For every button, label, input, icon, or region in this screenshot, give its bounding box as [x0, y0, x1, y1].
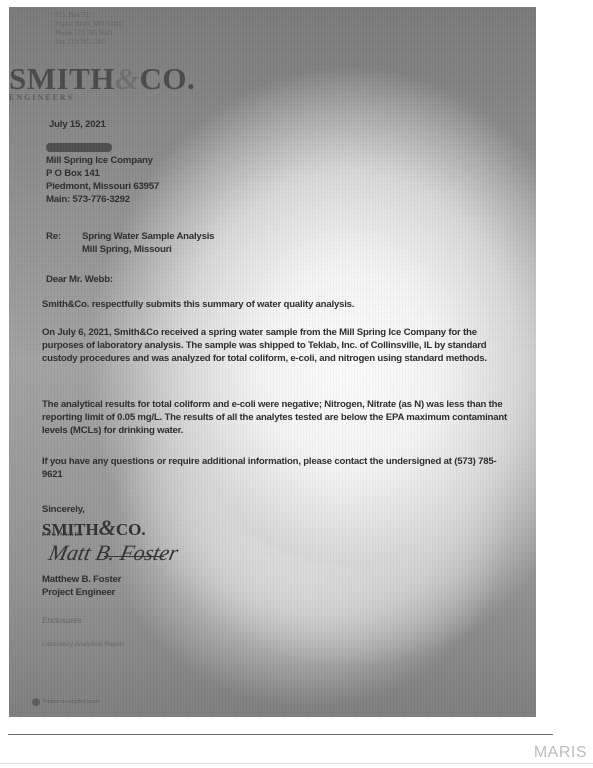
- redaction-mark: [46, 143, 112, 152]
- paragraph-results: The analytical results for total colifor…: [42, 398, 512, 437]
- handwritten-signature: Matt B. Foster: [46, 540, 180, 566]
- paragraph-contact: If you have any questions or require add…: [42, 455, 512, 481]
- recipient-block: Mill Spring Ice Company P O Box 141 Pied…: [46, 141, 159, 206]
- recipient-line: Main: 573-776-3292: [46, 193, 159, 206]
- letterhead-address-line: Phone 573.785.9621: [55, 29, 124, 38]
- enclosure-item: Laboratory Analytical Report: [42, 641, 124, 648]
- letterhead-logo: SMITH&CO.: [9, 61, 195, 97]
- recipient-name-redacted: [46, 141, 159, 154]
- scanned-letter-page: P.O. Box 72 Poplar Bluff, MO 63902 Phone…: [9, 7, 536, 717]
- letterhead-logo-subtitle: ENGINEERS: [9, 93, 74, 102]
- signer-block: Matthew B. Foster Project Engineer: [42, 573, 121, 599]
- subject-lines: Spring Water Sample Analysis Mill Spring…: [82, 230, 214, 256]
- logo-co: CO.: [139, 61, 195, 96]
- letterhead-address-line: Fax 573.785.2265: [55, 38, 124, 47]
- watermark-logo: MARIS: [534, 744, 587, 762]
- paragraph-sample-receipt: On July 6, 2021, Smith&Co received a spr…: [42, 326, 512, 365]
- letterhead-address-line: P.O. Box 72: [55, 11, 124, 20]
- subject-line: Mill Spring, Missouri: [82, 243, 214, 256]
- recipient-line: Mill Spring Ice Company: [46, 154, 159, 167]
- footer-note: Printed on recycled paper: [32, 698, 100, 706]
- signer-title: Project Engineer: [42, 586, 121, 599]
- letterhead-address: P.O. Box 72 Poplar Bluff, MO 63902 Phone…: [55, 11, 124, 47]
- signature-logo-subtitle: ENGINEERS: [42, 532, 83, 538]
- signature-flourish: [104, 556, 164, 557]
- subject-line: Spring Water Sample Analysis: [82, 230, 214, 243]
- recipient-line: P O Box 141: [46, 167, 159, 180]
- letter-date: July 15, 2021: [49, 118, 106, 131]
- page-bottom-edge: [8, 734, 553, 735]
- logo-co: CO.: [116, 520, 146, 539]
- salutation: Dear Mr. Webb:: [46, 273, 113, 286]
- enclosures-label: Enclosures: [42, 616, 82, 625]
- paragraph-intro: Smith&Co. respectfully submits this summ…: [42, 298, 512, 311]
- logo-name: SMITH: [9, 61, 115, 96]
- subject-label: Re:: [46, 230, 61, 243]
- logo-ampersand: &: [115, 61, 140, 96]
- logo-ampersand: &: [99, 515, 116, 540]
- recycle-icon: [32, 698, 40, 706]
- signer-name: Matthew B. Foster: [42, 573, 121, 586]
- letterhead-address-line: Poplar Bluff, MO 63902: [55, 20, 124, 29]
- footer-note-text: Printed on recycled paper: [43, 699, 100, 705]
- recipient-line: Piedmont, Missouri 63957: [46, 180, 159, 193]
- divider: [0, 763, 593, 764]
